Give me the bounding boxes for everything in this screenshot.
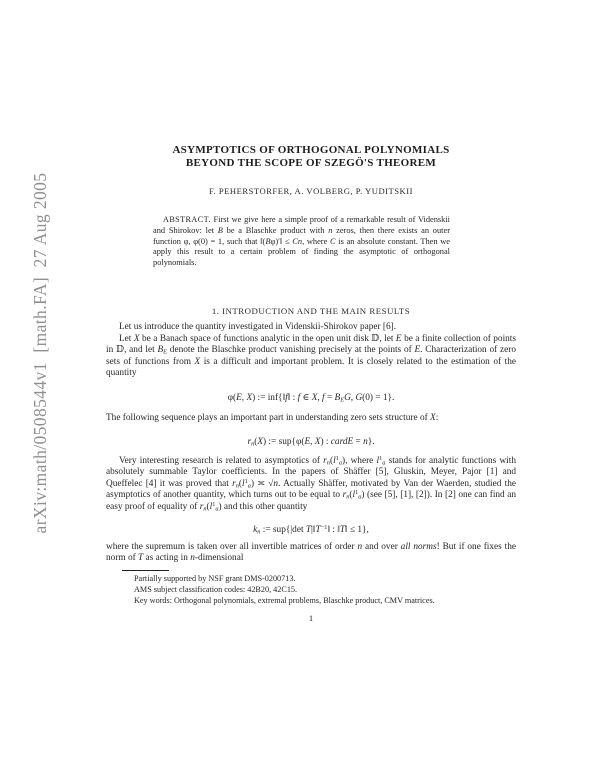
paragraph-banach-space: Let X be a Banach space of functions ana… [106,334,516,380]
paragraph-supremum: where the supremum is taken over all inv… [106,542,516,565]
abstract-label: ABSTRACT. [163,215,211,224]
title-line-1: ASYMPTOTICS OF ORTHOGONAL POLYNOMIALS [106,144,516,157]
paper-page: arXiv:math/0508544v1 [math.FA] 27 Aug 20… [0,0,600,776]
page-number: 1 [106,613,516,623]
title-line-2: BEYOND THE SCOPE OF SZEGÖ'S THEOREM [106,157,516,170]
formula-kn-definition: kn := sup{|det T|‖T−1‖ : ‖T‖ ≤ 1}, [106,525,516,535]
footnote-ams-codes: AMS subject classification codes: 42B20,… [122,584,516,595]
footnote-keywords: Key words: Orthogonal polynomials, extre… [122,595,516,606]
paragraph-intro: Let us introduce the quantity investigat… [106,322,516,334]
arxiv-watermark: arXiv:math/0508544v1 [math.FA] 27 Aug 20… [30,158,54,548]
formula-phi-definition: φ(E, X) := inf{‖f‖ : f ∈ X, f = BEG, G(0… [106,392,516,403]
paragraph-sequence: The following sequence plays an importan… [106,413,516,425]
paper-title: ASYMPTOTICS OF ORTHOGONAL POLYNOMIALSBEY… [106,144,516,170]
footnote-funding: Partially supported by NSF grant DMS-020… [122,573,516,584]
abstract-block: ABSTRACT. First we give here a simple pr… [153,215,450,269]
footnote-rule [122,570,169,571]
authors-line: F. PEHERSTORFER, A. VOLBERG, P. YUDITSKI… [106,186,516,196]
formula-rn-definition: rn(X) := sup{φ(E, X) : cardE = n}. [106,437,516,447]
section-heading: 1. INTRODUCTION AND THE MAIN RESULTS [106,306,516,316]
paragraph-research: Very interesting research is related to … [106,456,516,514]
footnotes-block: Partially supported by NSF grant DMS-020… [122,573,516,607]
paper-content: ASYMPTOTICS OF ORTHOGONAL POLYNOMIALSBEY… [106,0,516,623]
